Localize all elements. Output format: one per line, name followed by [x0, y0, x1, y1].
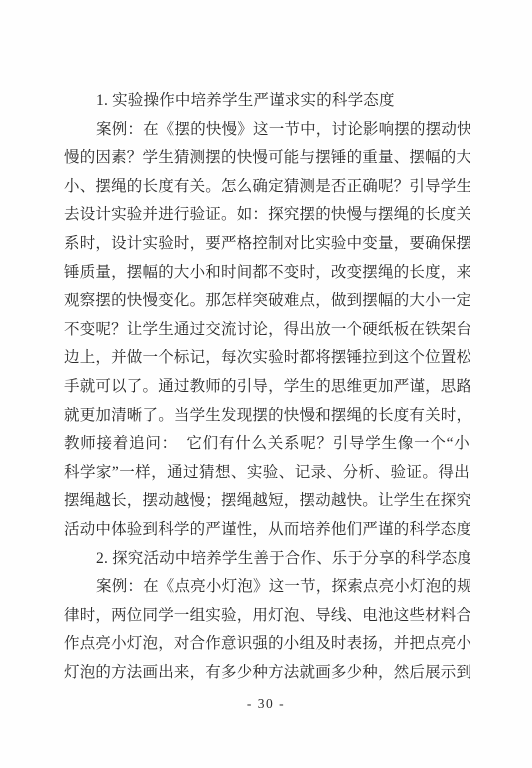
text-line: 作点亮小灯泡，对合作意识强的小组及时表扬，并把点亮小 — [64, 630, 470, 659]
text-line: 观察摆的快慢变化。那怎样突破难点，做到摆幅的大小一定 — [64, 287, 470, 316]
text-line: 去设计实验并进行验证。如：探究摆的快慢与摆绳的长度关 — [64, 201, 470, 230]
document-page: 1. 实验操作中培养学生严谨求实的科学态度 案例：在《摆的快慢》这一节中，讨论影… — [0, 0, 532, 768]
page-number: - 30 - — [0, 696, 532, 712]
text-line: 案例：在《点亮小灯泡》这一节，探索点亮小灯泡的规 — [64, 573, 470, 602]
text-line: 教师接着追问： 它们有什么关系呢？引导学生像一个“小 — [64, 430, 470, 459]
section-heading-line: 2. 探究活动中培养学生善于合作、乐于分享的科学态度 — [64, 545, 470, 574]
text-line: 锤质量，摆幅的大小和时间都不变时，改变摆绳的长度，来 — [64, 259, 470, 288]
text-line: 律时，两位同学一组实验，用灯泡、导线、电池这些材料合 — [64, 602, 470, 631]
text-line: 不变呢？让学生通过交流讨论，得出放一个硬纸板在铁架台 — [64, 316, 470, 345]
section-heading-line: 1. 实验操作中培养学生严谨求实的科学态度 — [64, 87, 470, 116]
text-line: 小、摆绳的长度有关。怎么确定猜测是否正确呢？引导学生 — [64, 173, 470, 202]
text-line: 手就可以了。通过教师的引导，学生的思维更加严谨，思路 — [64, 373, 470, 402]
text-line: 活动中体验到科学的严谨性，从而培养他们严谨的科学态度。 — [64, 516, 470, 545]
text-line: 就更加清晰了。当学生发现摆的快慢和摆绳的长度有关时， — [64, 402, 470, 431]
text-line: 摆绳越长，摆动越慢；摆绳越短，摆动越快。让学生在探究 — [64, 487, 470, 516]
text-line: 慢的因素？学生猜测摆的快慢可能与摆锤的重量、摆幅的大 — [64, 144, 470, 173]
text-line: 系时，设计实验时，要严格控制对比实验中变量，要确保摆 — [64, 230, 470, 259]
text-line: 边上，并做一个标记，每次实验时都将摆锤拉到这个位置松 — [64, 344, 470, 373]
text-block: 1. 实验操作中培养学生严谨求实的科学态度 案例：在《摆的快慢》这一节中，讨论影… — [64, 87, 470, 687]
text-line: 案例：在《摆的快慢》这一节中，讨论影响摆的摆动快 — [64, 116, 470, 145]
text-line: 科学家”一样，通过猜想、实验、记录、分析、验证。得出 — [64, 459, 470, 488]
text-line: 灯泡的方法画出来，有多少种方法就画多少种，然后展示到 — [64, 659, 470, 688]
